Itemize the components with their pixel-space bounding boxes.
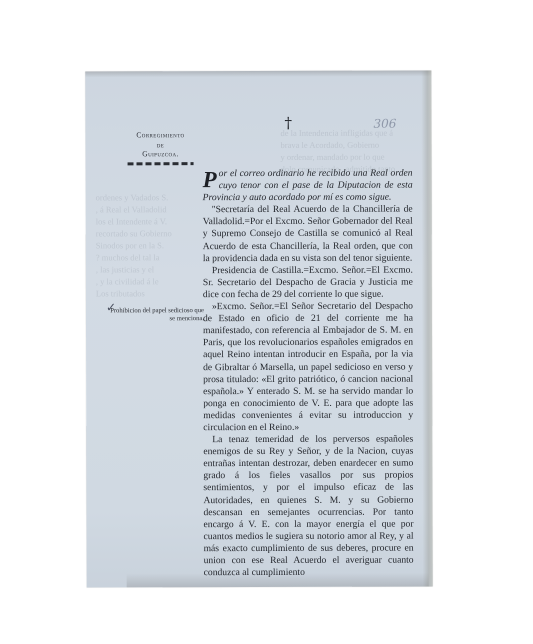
paragraph-5: La tenaz temeridad de los perversos espa… (203, 434, 413, 580)
paragraph-4: »Excmo. Señor.=El Señor Secretario del D… (203, 301, 413, 435)
bleed-through-text-left: ordenes y Vadados S. , á Real el Vallado… (96, 191, 172, 299)
cross-icon: † (284, 114, 292, 132)
heading-line-3: Guipuzcoa. (116, 149, 206, 159)
heading-line-2: de (116, 140, 206, 150)
paragraph-1-text: or el correo ordinario he recibido una R… (203, 168, 413, 204)
folio-number: 306 (373, 117, 396, 131)
paragraph-1: Por el correo ordinario he recibido una … (203, 168, 413, 205)
heading-line-1: Corregimiento (115, 130, 205, 140)
paragraph-3: Presidencia de Castilla.=Excmo. Señor.=E… (203, 264, 413, 301)
drop-cap: P (203, 170, 217, 189)
corregimiento-heading: Corregimiento de Guipuzcoa. (115, 130, 205, 165)
document-body: Por el correo ordinario he recibido una … (203, 168, 414, 580)
decorative-dashed-rule (128, 162, 194, 165)
marginal-note: Prohibicion del papel sedicioso que se m… (104, 307, 204, 323)
document-page: de la Intendencia infligidas que á brava… (85, 71, 432, 588)
paragraph-2: "Secretaría del Real Acuerdo de la Chanc… (203, 204, 413, 265)
